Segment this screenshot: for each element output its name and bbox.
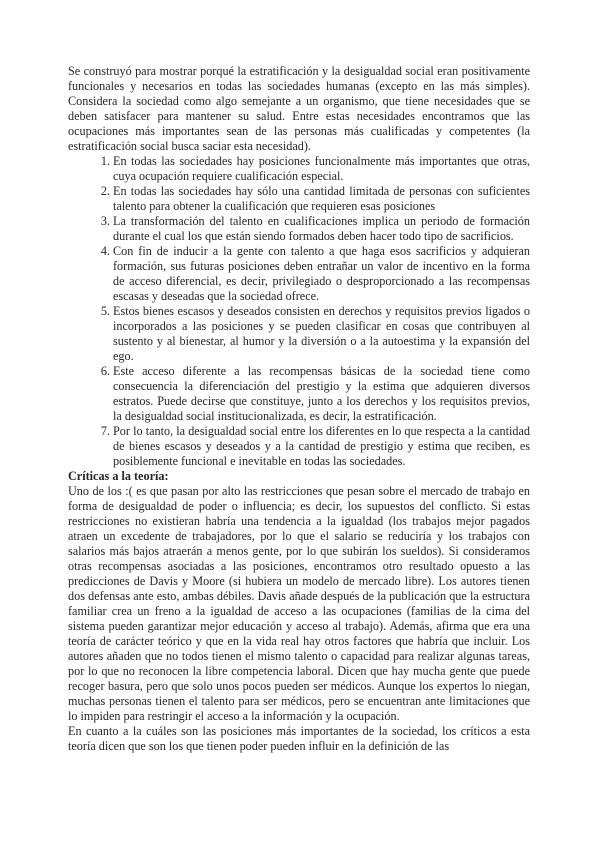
list-item-1: En todas las sociedades hay posiciones f… xyxy=(113,154,530,184)
list-item-4: Con fin de inducir a la gente con talent… xyxy=(113,244,530,304)
critiques-heading: Críticas a la teoría: xyxy=(68,469,530,484)
closing-paragraph: En cuanto a la cuáles son las posiciones… xyxy=(68,724,530,754)
intro-paragraph: Se construyó para mostrar porqué la estr… xyxy=(68,64,530,154)
list-item-3: La transformación del talento en cualifi… xyxy=(113,214,530,244)
list-item-2: En todas las sociedades hay sólo una can… xyxy=(113,184,530,214)
list-item-5: Estos bienes escasos y deseados consiste… xyxy=(113,304,530,364)
propositions-list: En todas las sociedades hay posiciones f… xyxy=(68,154,530,469)
critiques-paragraph: Uno de los :( es que pasan por alto las … xyxy=(68,484,530,724)
list-item-7: Por lo tanto, la desigualdad social entr… xyxy=(113,424,530,469)
document-page: Se construyó para mostrar porqué la estr… xyxy=(0,0,599,848)
list-item-6: Este acceso diferente a las recompensas … xyxy=(113,364,530,424)
